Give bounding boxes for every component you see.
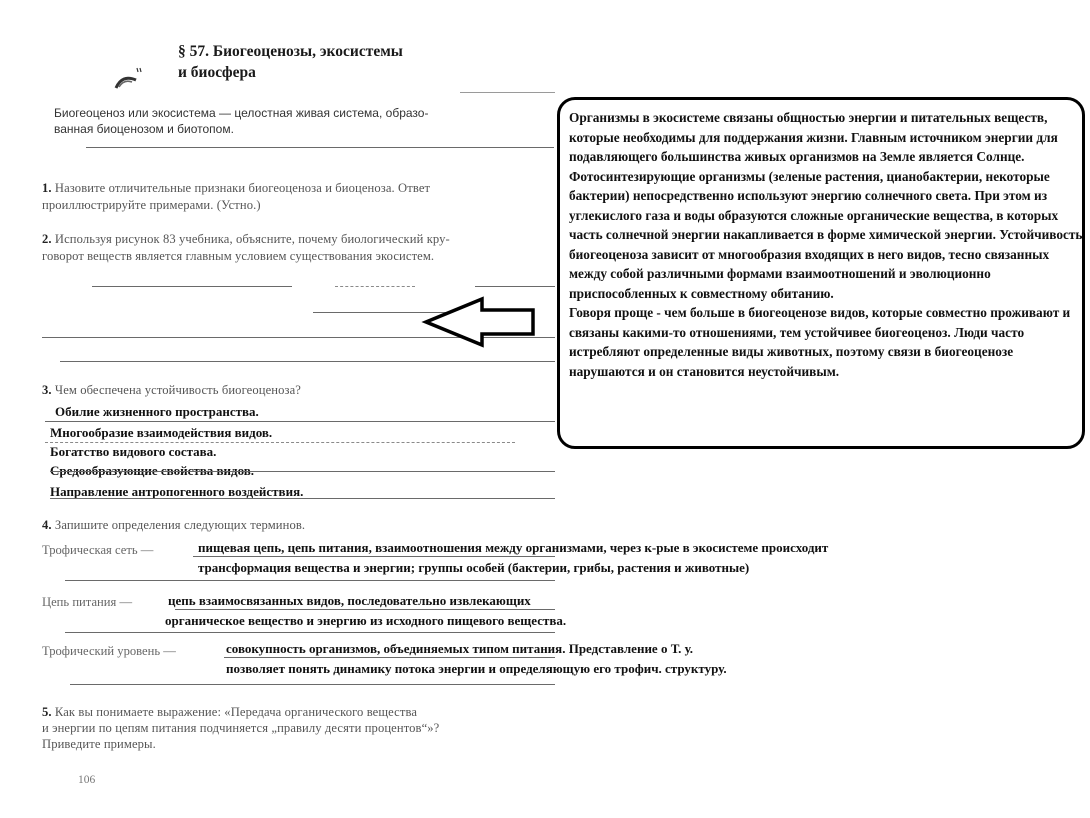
definition-trophic-web-line-1[interactable]: пищевая цепь, цепь питания, взаимоотноше… — [198, 538, 828, 557]
answer-line[interactable] — [92, 286, 292, 287]
answer-line — [224, 657, 555, 658]
intro-text: Биогеоценоз или экосистема — целостная ж… — [54, 105, 554, 137]
term-label-food-chain: Цепь питания — — [42, 595, 132, 610]
callout-paragraph-2: Говоря проще - чем больше в биогеоценозе… — [569, 303, 1084, 381]
answer-line — [70, 684, 555, 685]
rule — [460, 92, 555, 93]
question-2: 2. Используя рисунок 83 учебника, объясн… — [42, 231, 562, 265]
definition-trophic-level-line-1[interactable]: совокупность организмов, объединяемых ти… — [226, 639, 693, 658]
answer-line — [175, 609, 555, 610]
rule — [86, 147, 554, 148]
answer-line — [50, 471, 555, 472]
answer-line — [45, 421, 555, 422]
answer-line — [193, 556, 555, 557]
question-5: 5. Как вы понимаете выражение: «Передача… — [42, 704, 439, 752]
question-number: 5. — [42, 705, 52, 719]
question-number: 1. — [42, 181, 52, 195]
definition-food-chain-line-1[interactable]: цепь взаимосвязанных видов, последовател… — [168, 591, 531, 610]
page-title: § 57. Биогеоценозы, экосистемы и биосфер… — [178, 41, 403, 83]
definition-food-chain-line-2[interactable]: органическое вещество и энергию из исход… — [165, 611, 566, 630]
term-label-trophic-web: Трофическая сеть — — [42, 543, 153, 558]
intro-line: Биогеоценоз или экосистема — целостная ж… — [54, 105, 554, 121]
question-number: 4. — [42, 518, 52, 532]
question-text: и энергии по цепям питания подчиняется „… — [42, 720, 439, 736]
section-icon — [112, 66, 146, 92]
question-text: Приведите примеры. — [42, 736, 439, 752]
answer-line — [50, 498, 555, 499]
question-1: 1. Назовите отличительные признаки биоге… — [42, 180, 562, 214]
answer-q3-1[interactable]: Обилие жизненного пространства. — [55, 402, 259, 421]
title-line-1: § 57. Биогеоценозы, экосистемы — [178, 41, 403, 62]
term-label-trophic-level: Трофический уровень — — [42, 644, 176, 659]
answer-line[interactable] — [335, 286, 415, 287]
question-number: 2. — [42, 232, 52, 246]
question-text: Запишите определения следующих терминов. — [55, 518, 305, 532]
question-text: Как вы понимаете выражение: «Передача ор… — [55, 705, 417, 719]
question-number: 3. — [42, 383, 52, 397]
answer-q3-2[interactable]: Многообразие взаимодействия видов. — [50, 423, 272, 442]
intro-line: ванная биоценозом и биотопом. — [54, 121, 554, 137]
callout-box: Организмы в экосистеме связаны общностью… — [557, 97, 1085, 449]
question-text: говорот веществ является главным условие… — [42, 248, 562, 265]
page-number: 106 — [78, 774, 95, 786]
answer-q3-3[interactable]: Богатство видового состава. — [50, 442, 216, 461]
question-text: проиллюстрируйте примерами. (Устно.) — [42, 197, 562, 214]
question-text: Чем обеспечена устойчивость биогеоценоза… — [55, 383, 301, 397]
question-text: Назовите отличительные признаки биогеоце… — [55, 181, 430, 195]
answer-line[interactable] — [475, 286, 555, 287]
definition-trophic-level-line-2[interactable]: позволяет понять динамику потока энергии… — [226, 659, 727, 678]
title-line-2: и биосфера — [178, 62, 403, 83]
definition-trophic-web-line-2[interactable]: трансформация вещества и энергии; группы… — [198, 558, 749, 577]
answer-line — [65, 580, 555, 581]
question-3: 3. Чем обеспечена устойчивость биогеоцен… — [42, 382, 301, 399]
arrow-left-icon — [420, 296, 540, 348]
answer-line — [65, 632, 555, 633]
question-text: Используя рисунок 83 учебника, объясните… — [55, 232, 450, 246]
callout-text: Организмы в экосистеме связаны общностью… — [569, 108, 1084, 381]
answer-line[interactable] — [60, 361, 555, 362]
question-4: 4. Запишите определения следующих термин… — [42, 517, 305, 534]
callout-paragraph-1: Организмы в экосистеме связаны общностью… — [569, 108, 1084, 303]
